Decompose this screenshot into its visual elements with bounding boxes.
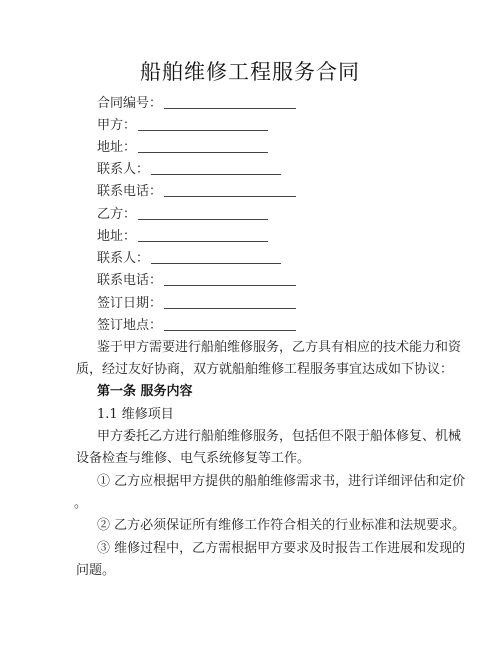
signing-place-blank[interactable] xyxy=(164,329,296,331)
preamble-line-2: 质，经过友好协商，双方就船舶维修工程服务事宜达成如下协议： xyxy=(76,362,453,378)
party-a-address-blank[interactable] xyxy=(138,151,268,153)
field-label: 地址： xyxy=(97,229,136,245)
field-label: 联系人： xyxy=(97,162,149,178)
field-party-b-contact: 联系人： xyxy=(97,245,281,267)
contract-number-blank[interactable] xyxy=(164,107,296,109)
section-1-1-body-line-1: 甲方委托乙方进行船舶维修服务，包括但不限于船体修复、机械 xyxy=(97,429,461,445)
field-label: 地址： xyxy=(97,140,136,156)
field-label: 联系人： xyxy=(97,251,149,267)
item-2-line-1: ② 乙方必须保证所有维修工作符合相关的行业标准和法规要求。 xyxy=(97,518,465,534)
article-1-heading: 第一条 服务内容 xyxy=(97,384,193,400)
field-label: 乙方： xyxy=(97,207,136,223)
field-label: 联系电话： xyxy=(97,184,162,200)
field-party-a: 甲方： xyxy=(97,112,268,134)
party-a-contact-blank[interactable] xyxy=(151,173,281,175)
field-contract-number: 合同编号： xyxy=(97,90,296,112)
field-party-a-contact: 联系人： xyxy=(97,156,281,178)
item-3-line-2: 问题。 xyxy=(76,563,115,579)
field-label: 合同编号： xyxy=(97,96,162,112)
party-b-phone-blank[interactable] xyxy=(164,284,296,286)
field-party-a-phone: 联系电话： xyxy=(97,178,296,200)
party-a-phone-blank[interactable] xyxy=(164,195,296,197)
section-1-1-body-line-2: 设备检查与维修、电气系统修复等工作。 xyxy=(76,451,310,467)
document-title: 船舶维修工程服务合同 xyxy=(0,56,500,86)
party-a-blank[interactable] xyxy=(138,129,268,131)
field-label: 签订日期： xyxy=(97,296,162,312)
field-party-a-address: 地址： xyxy=(97,134,268,156)
section-1-1-heading: 1.1 维修项目 xyxy=(97,407,174,423)
party-b-contact-blank[interactable] xyxy=(151,262,281,264)
field-signing-date: 签订日期： xyxy=(97,290,296,312)
item-1-line-1: ① 乙方应根据甲方提供的船舶维修需求书，进行详细评估和定价 xyxy=(97,474,465,490)
item-1-line-2: 。 xyxy=(74,496,87,512)
signing-date-blank[interactable] xyxy=(164,307,296,309)
field-signing-place: 签订地点： xyxy=(97,312,296,334)
field-party-b: 乙方： xyxy=(97,201,268,223)
field-label: 甲方： xyxy=(97,118,136,134)
field-label: 签订地点： xyxy=(97,318,162,334)
field-party-b-address: 地址： xyxy=(97,223,268,245)
party-b-blank[interactable] xyxy=(138,218,268,220)
field-party-b-phone: 联系电话： xyxy=(97,267,296,289)
item-3-line-1: ③ 维修过程中，乙方需根据甲方要求及时报告工作进展和发现的 xyxy=(97,541,465,557)
field-label: 联系电话： xyxy=(97,273,162,289)
party-b-address-blank[interactable] xyxy=(138,240,268,242)
preamble-line-1: 鉴于甲方需要进行船舶维修服务，乙方具有相应的技术能力和资 xyxy=(97,340,461,356)
